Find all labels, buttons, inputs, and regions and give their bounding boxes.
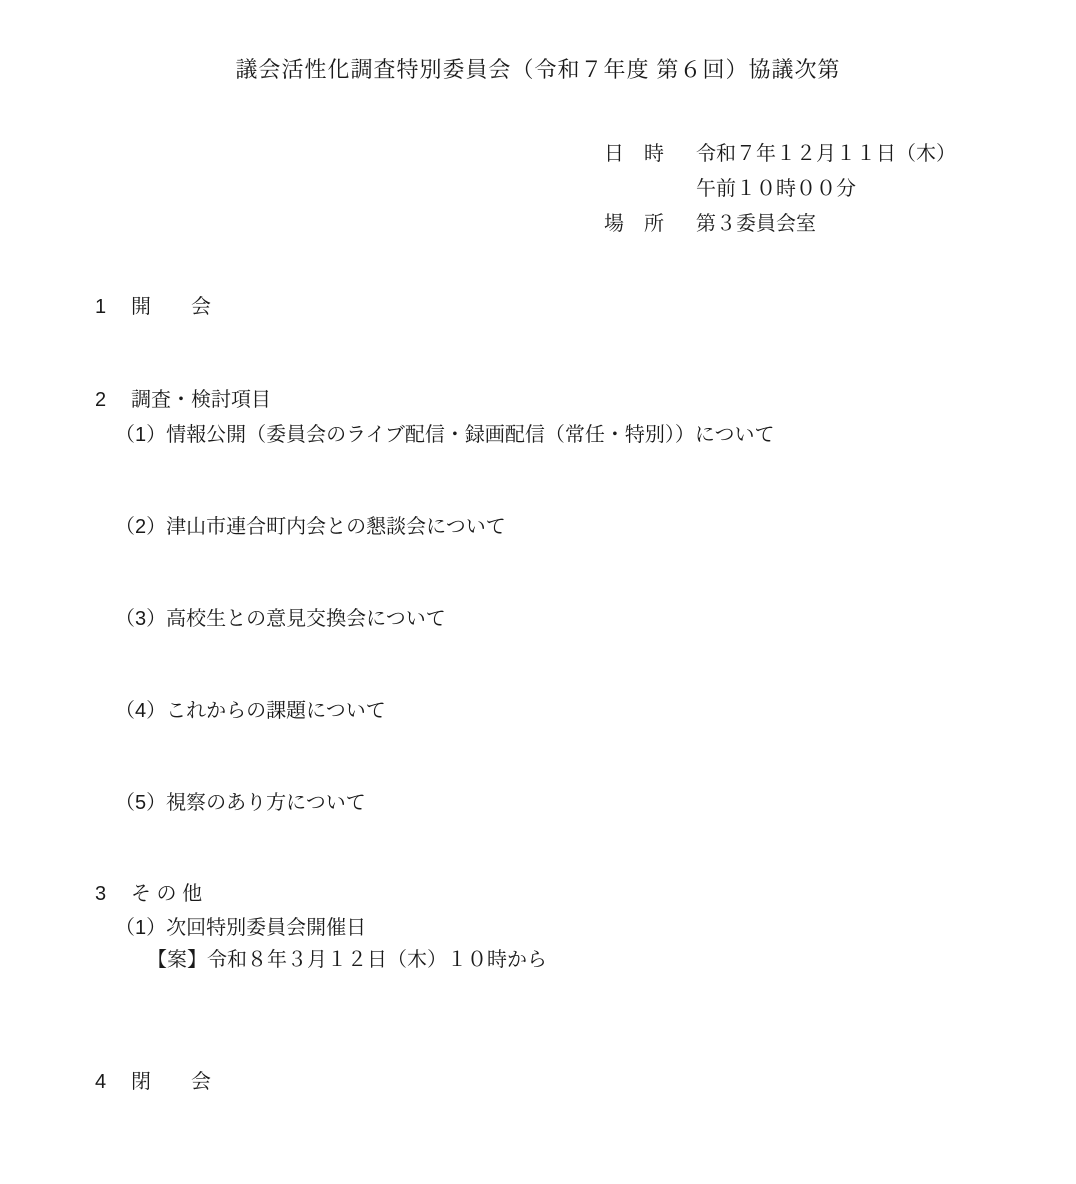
agenda-item-label: 閉 会 (131, 1067, 211, 1097)
datetime-line: 日 時 令和７年１２月１１日（木） (604, 137, 1076, 172)
agenda-item-topics: 2 調査・検討項目 (95, 385, 1076, 415)
agenda-item-number: 3 (95, 879, 131, 909)
agenda-item-number: 1 (95, 292, 131, 322)
agenda-item-number: 2 (95, 385, 131, 415)
agenda-subitem-3: （3）高校生との意見交換会について (115, 604, 1076, 634)
datetime-value: 令和７年１２月１１日（木） (696, 137, 956, 172)
place-value: 第３委員会室 (696, 207, 816, 242)
agenda-item-opening: 1 開 会 (95, 292, 1076, 322)
agenda-item-others: 3 そ の 他 (95, 879, 1076, 909)
agenda-subitem-1: （1）情報公開（委員会のライブ配信・録画配信（常任・特別））について (115, 420, 1076, 450)
meta-block: 日 時 令和７年１２月１１日（木） 午前１０時００分 場 所 第３委員会室 (604, 137, 1076, 242)
agenda-subitem-5: （5）視察のあり方について (115, 788, 1076, 818)
agenda-item-number: 4 (95, 1067, 131, 1097)
agenda-subitem-next-meeting: （1）次回特別委員会開催日 (115, 913, 1076, 943)
document-title: 議会活性化調査特別委員会（令和７年度 第６回）協議次第 (0, 0, 1076, 85)
datetime-label: 日 時 (604, 137, 664, 172)
agenda-subitem-2: （2）津山市連合町内会との懇談会について (115, 512, 1076, 542)
agenda-item-label: 開 会 (131, 292, 211, 322)
place-line: 場 所 第３委員会室 (604, 207, 1076, 242)
agenda-item-closing: 4 閉 会 (95, 1067, 1076, 1097)
agenda-note-proposed-date: 【案】令和８年３月１２日（木）１０時から (147, 945, 1076, 975)
agenda-subitem-4: （4）これからの課題について (115, 696, 1076, 726)
datetime-value-line2: 午前１０時００分 (604, 172, 1076, 207)
meeting-agenda-document: 議会活性化調査特別委員会（令和７年度 第６回）協議次第 日 時 令和７年１２月１… (0, 0, 1076, 1184)
agenda-item-label: 調査・検討項目 (131, 385, 271, 415)
agenda-item-label: そ の 他 (131, 879, 202, 909)
place-label: 場 所 (604, 207, 664, 242)
